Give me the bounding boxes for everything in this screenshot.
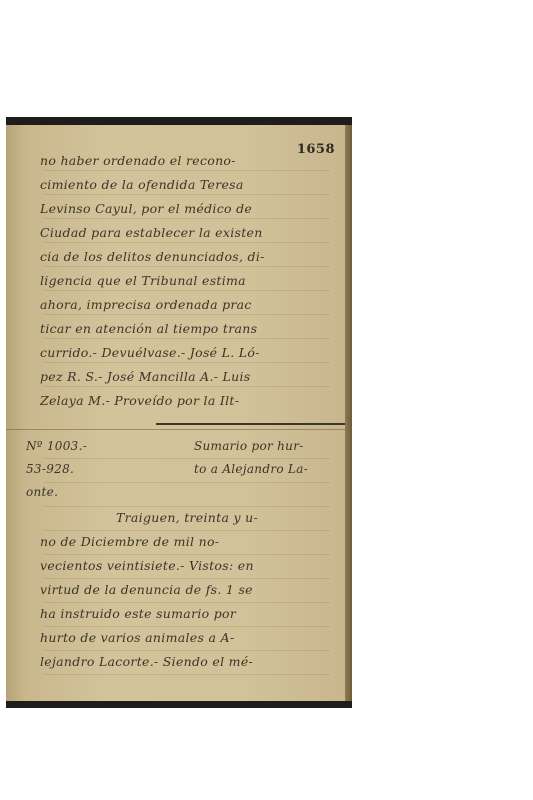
- page-stack-edge: [345, 125, 352, 701]
- handwritten-line: ahora, imprecisa ordenada prac: [40, 297, 252, 312]
- handwritten-line: currido.- Devuélvase.- José L. Ló-: [40, 345, 260, 360]
- ruled-line: [44, 242, 330, 243]
- signature-underline: [156, 423, 346, 425]
- ruled-line: [44, 650, 330, 651]
- ruled-line: [44, 266, 330, 267]
- case-number: Nº 1003.-: [26, 439, 87, 453]
- case-heading: to a Alejandro La-: [194, 462, 308, 476]
- ruled-line: [44, 314, 330, 315]
- ruled-line: [44, 554, 330, 555]
- handwritten-line: Traiguen, treinta y u-: [116, 510, 258, 525]
- ruled-line: [44, 290, 330, 291]
- entry-separator: [6, 429, 345, 430]
- ledger-page: 1658 no haber ordenado el recono- cimien…: [6, 125, 345, 701]
- ruled-line: [44, 386, 330, 387]
- handwritten-line: no haber ordenado el recono-: [40, 153, 236, 168]
- ruled-line: [44, 602, 330, 603]
- ruled-line: [44, 530, 330, 531]
- handwritten-line: ticar en atención al tiempo trans: [40, 321, 257, 336]
- handwritten-line: pez R. S.- José Mancilla A.- Luis: [40, 369, 251, 384]
- handwritten-line: lejandro Lacorte.- Siendo el mé-: [40, 654, 253, 669]
- ruled-line: [44, 482, 330, 483]
- handwritten-line: cia de los delitos denunciados, di-: [40, 249, 265, 264]
- ruled-line: [44, 506, 330, 507]
- ruled-line: [44, 578, 330, 579]
- handwritten-line: virtud de la denuncia de fs. 1 se: [40, 582, 253, 597]
- ruled-line: [44, 674, 330, 675]
- handwritten-line: Zelaya M.- Proveído por la Ilt-: [40, 393, 239, 408]
- handwritten-line: cimiento de la ofendida Teresa: [40, 177, 244, 192]
- handwritten-line: Ciudad para establecer la existen: [40, 225, 263, 240]
- handwritten-line: hurto de varios animales a A-: [40, 630, 234, 645]
- case-heading: Sumario por hur-: [194, 439, 304, 453]
- scanned-page: 1658 no haber ordenado el recono- cimien…: [6, 117, 352, 708]
- case-reference-cont: onte.: [26, 485, 58, 499]
- handwritten-line: ha instruido este sumario por: [40, 606, 236, 621]
- ruled-line: [44, 218, 330, 219]
- handwritten-line: Levinso Cayul, por el médico de: [40, 201, 252, 216]
- ruled-line: [44, 170, 330, 171]
- ruled-line: [44, 362, 330, 363]
- page-number: 1658: [297, 142, 335, 157]
- case-reference: 53-928.: [26, 462, 74, 476]
- handwritten-line: ligencia que el Tribunal estima: [40, 273, 246, 288]
- ruled-line: [44, 338, 330, 339]
- ruled-line: [44, 194, 330, 195]
- handwritten-line: vecientos veintisiete.- Vistos: en: [40, 558, 254, 573]
- handwritten-line: no de Diciembre de mil no-: [40, 534, 219, 549]
- ruled-line: [44, 626, 330, 627]
- ruled-line: [44, 458, 330, 459]
